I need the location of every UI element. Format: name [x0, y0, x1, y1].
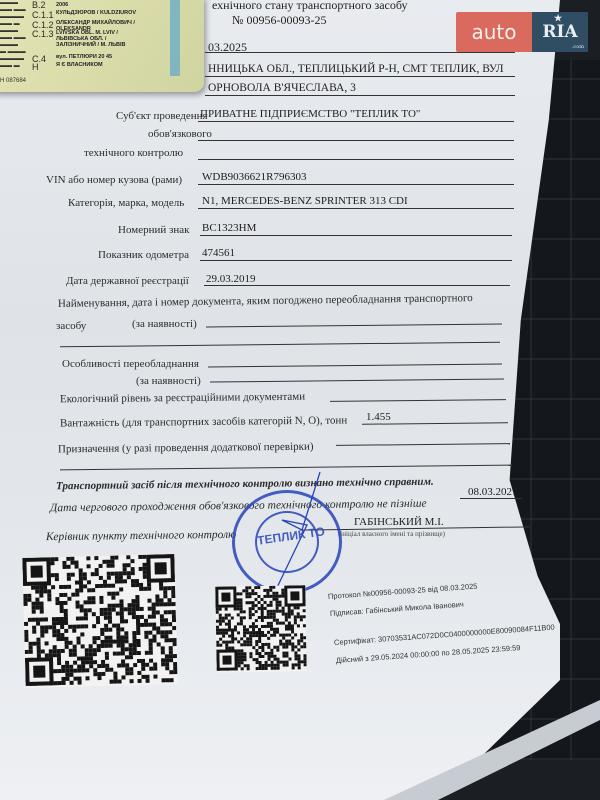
category-value: N1, MERCEDES-BENZ SPRINTER 313 CDI [202, 195, 408, 207]
address-line-1: ННИЦЬКА ОБЛ., ТЕПЛИЦЬКИЙ Р-Н, СМТ ТЕПЛИК… [208, 63, 504, 75]
odometer-value: 474561 [202, 247, 235, 259]
subject-label-3: технічного контролю [84, 147, 183, 159]
qr-code-small [215, 585, 306, 673]
rule [198, 140, 514, 141]
card-code: C.1.3 [32, 29, 54, 39]
card-value: 2006 [56, 2, 68, 8]
vin-value: WDB9036621R796303 [202, 171, 307, 183]
card-serial: Н 087684 [0, 78, 26, 84]
rule [205, 76, 515, 77]
next-inspection-date: 08.03.2027 [468, 486, 518, 498]
payload-value: 1.455 [366, 411, 391, 423]
card-stripe [170, 0, 180, 76]
qr-pattern [215, 585, 306, 673]
registration-card: ▬▬▬▬▬ ▬▬▬▬▬▬▬▬ ▬▬▬▬▬▬ ▬▬▬▬▬▬ ▬▬▬▬▬▬▬▬▬ ▬… [0, 0, 204, 92]
card-code: B.2 [32, 0, 46, 10]
registration-date-value: 29.03.2019 [206, 273, 256, 285]
document-number: № 00956-00093-25 [232, 13, 326, 28]
category-label: Категорія, марка, модель [68, 197, 184, 209]
vin-label: VIN або номер кузова (рами) [46, 174, 182, 186]
qr-pattern [22, 554, 177, 688]
registration-date-label: Дата державної реєстрації [66, 275, 189, 287]
card-value: LVIVSKA OBL. M. LVIV / ЛЬВІВСЬКА ОБЛ. / … [56, 30, 136, 48]
conversion-features-label: Особливості переобладнання [62, 358, 199, 370]
rule [205, 95, 515, 96]
head-name: ГАБІНСЬКИЙ М.І. [354, 516, 444, 528]
head-label: Керівник пункту технічного контролю [46, 529, 236, 543]
subject-label-2: обов'язкового [148, 128, 212, 140]
rule [460, 498, 522, 499]
rule [198, 159, 514, 160]
card-code: C.1.1 [32, 10, 54, 20]
address-line-2: ОРНОВОЛА В'ЯЧЕСЛАВА, 3 [208, 82, 356, 94]
star-icon: ★ [554, 14, 562, 24]
watermark-ria-text: RIA [542, 22, 577, 42]
card-field-labels: ▬▬▬▬▬ ▬▬▬▬▬▬▬▬ ▬▬▬▬▬▬ ▬▬▬▬▬▬ ▬▬▬▬▬▬▬▬▬ ▬ [0, 0, 26, 70]
plate-label: Номерний знак [118, 224, 189, 236]
card-value: КУЛЬДЗЮРОВ / KULDZIUROV [56, 10, 156, 16]
rule [200, 235, 512, 236]
rule [200, 260, 512, 261]
rule [198, 208, 514, 209]
document-title: ехнічного стану транспортного засобу [212, 0, 408, 13]
rule [204, 285, 510, 286]
conversion-features-if-any: (за наявності) [136, 375, 201, 387]
conversion-doc-if-any: (за наявності) [132, 318, 197, 330]
rule [198, 184, 514, 185]
watermark-ria: ★ RIA .com [532, 12, 588, 52]
conversion-doc-label-2: засобу [56, 320, 86, 332]
card-value: вул. ПЕТЛЮРИ 20 45 [56, 54, 112, 60]
subject-label: Суб'єкт проведення [116, 110, 208, 122]
head-hint: (ініціал власного імені та прізвище) [338, 530, 445, 538]
watermark-auto: auto [456, 12, 532, 52]
qr-code-large [22, 554, 177, 688]
signature [262, 470, 322, 600]
rule [198, 121, 514, 122]
autoria-watermark: auto ★ RIA .com [456, 12, 588, 54]
eco-level-label: Екологічний рівень за реєстраційними док… [60, 391, 305, 406]
subject-value: ПРИВАТНЕ ПІДПРИЄМСТВО "ТЕПЛИК ТО" [200, 108, 420, 120]
card-value: Я Є ВЛАСНИКОМ [56, 62, 103, 68]
watermark-com: .com [572, 44, 584, 50]
card-code: H [32, 62, 39, 72]
plate-value: ВС1323НМ [202, 222, 256, 234]
odometer-label: Показник одометра [98, 249, 189, 261]
